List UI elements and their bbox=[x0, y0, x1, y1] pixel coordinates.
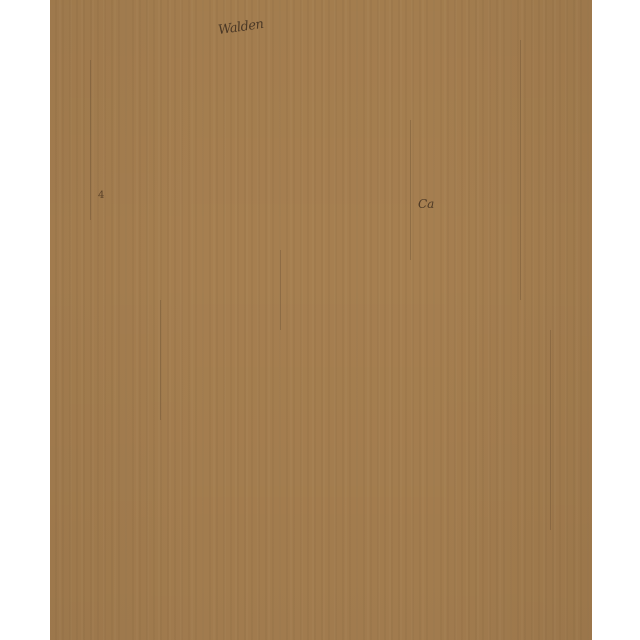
cardboard-board bbox=[50, 0, 592, 640]
corrugation-streak bbox=[160, 300, 161, 420]
handwritten-mark: Ca bbox=[418, 197, 434, 211]
handwritten-mark-left: 4 bbox=[98, 190, 104, 201]
corrugation-streak bbox=[90, 60, 91, 220]
corrugation-streak bbox=[410, 120, 411, 260]
corrugation-streak bbox=[520, 40, 521, 300]
corrugation-streak bbox=[280, 250, 281, 330]
corrugation-streak bbox=[550, 330, 551, 530]
